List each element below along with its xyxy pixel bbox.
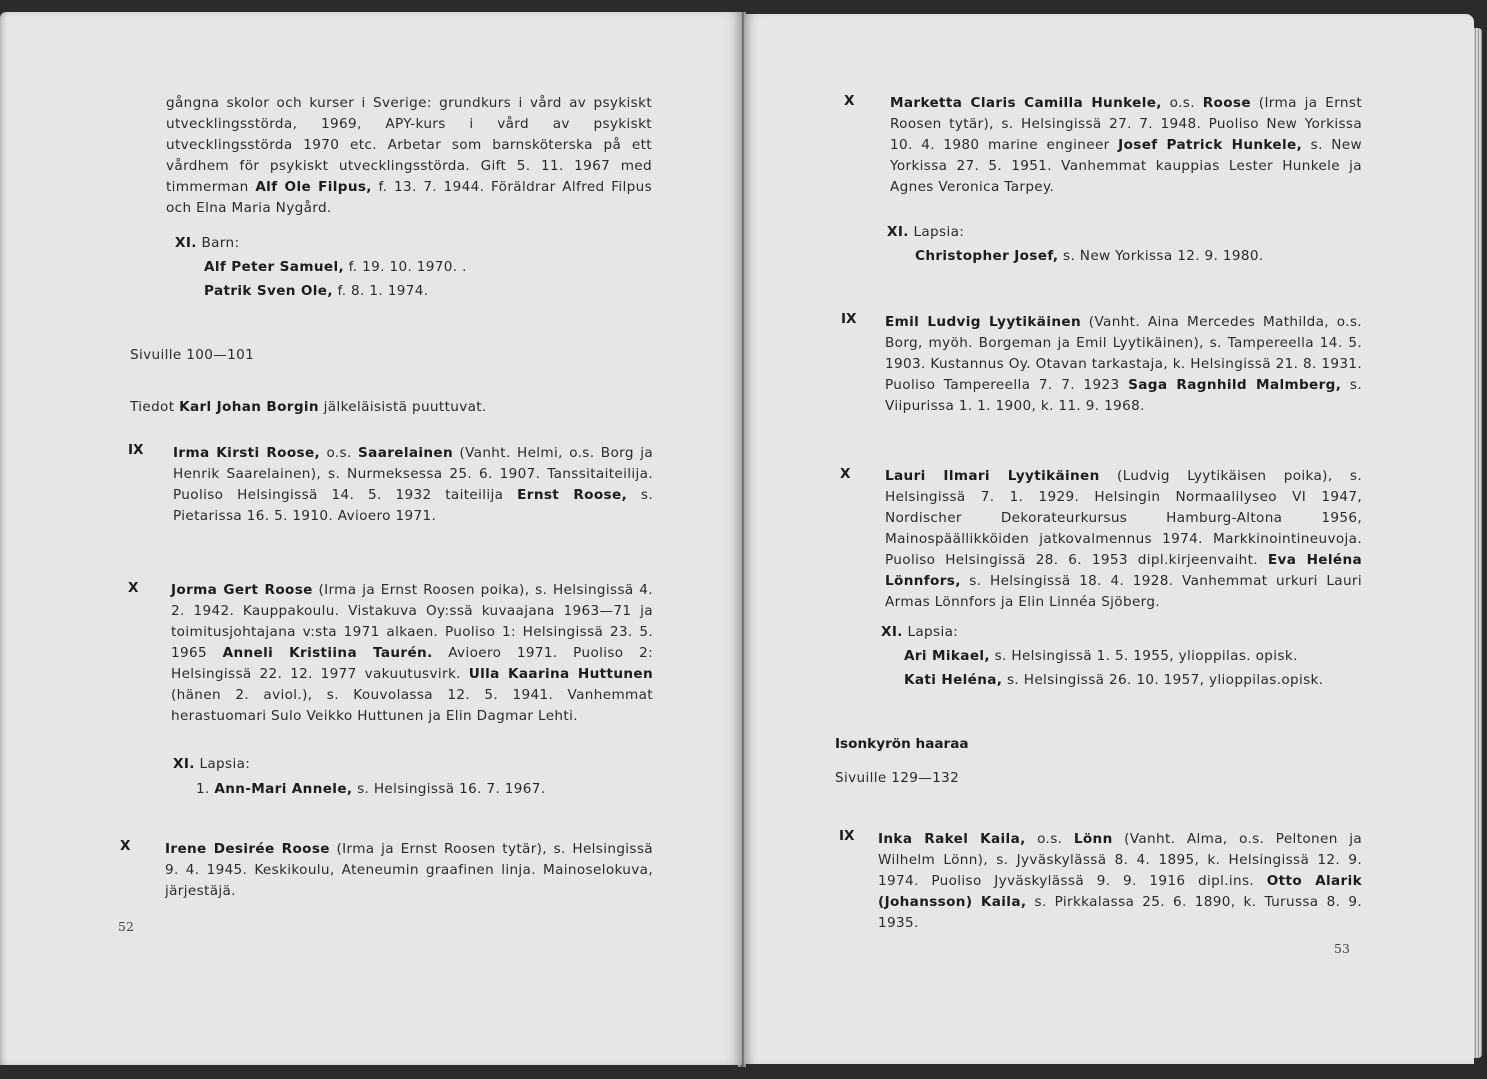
entry-text-run: o.s.: [320, 445, 358, 461]
children-label: XI. Lapsia:: [881, 620, 958, 644]
branch-heading: Isonkyrön haaraa: [835, 736, 969, 752]
entry-irma-roose: Irma Kirsti Roose, o.s. Saarelainen (Van…: [173, 443, 653, 527]
page-number: 53: [1334, 941, 1350, 956]
child-item: Patrik Sven Ole, f. 8. 1. 1974.: [204, 279, 428, 303]
generation-marker: X: [120, 838, 130, 854]
entry-text-run: (hänen 2. aviol.), s. Kouvolassa 12. 5. …: [171, 687, 653, 724]
continuation-paragraph: gångna skolor och kurser i Sverige: grun…: [166, 93, 652, 219]
bold-name: Marketta Claris Camilla Hunkele,: [890, 95, 1162, 111]
bold-name: Jorma Gert Roose: [171, 582, 313, 598]
page-edges: [1474, 28, 1482, 1058]
generation-marker: IX: [841, 311, 857, 327]
bold-name: Ulla Kaarina Huttunen: [469, 666, 653, 682]
children-label: XI. Barn:: [175, 231, 239, 255]
branch-ref: Sivuille 129—132: [835, 770, 959, 786]
child-item: Christopher Josef, s. New Yorkissa 12. 9…: [915, 244, 1264, 268]
child-item: 1. Ann-Mari Annele, s. Helsingissä 16. 7…: [196, 777, 545, 801]
section-ref: Sivuille 100—101: [130, 347, 254, 363]
generation-marker: IX: [839, 828, 855, 844]
generation-marker: IX: [128, 442, 144, 458]
children-label: XI. Lapsia:: [887, 220, 964, 244]
right-page: X Marketta Claris Camilla Hunkele, o.s. …: [744, 14, 1474, 1064]
entry-text-run: o.s.: [1162, 95, 1203, 111]
entry-lauri-lyytikainen: Lauri Ilmari Lyytikäinen (Ludvig Lyytikä…: [885, 466, 1362, 613]
entry-marketta-hunkele: Marketta Claris Camilla Hunkele, o.s. Ro…: [890, 93, 1362, 198]
entry-inka-kaila: Inka Rakel Kaila, o.s. Lönn (Vanht. Alma…: [878, 829, 1362, 934]
bold-name: Anneli Kristiina Taurén.: [223, 645, 433, 661]
bold-name: Irene Desirée Roose: [165, 841, 330, 857]
child-item: Kati Heléna, s. Helsingissä 26. 10. 1957…: [904, 668, 1323, 692]
generation-marker: X: [840, 466, 850, 482]
bold-name: Saarelainen: [358, 445, 453, 461]
entry-emil-lyytikainen: Emil Ludvig Lyytikäinen (Vanht. Aina Mer…: [885, 312, 1362, 417]
bold-name: Emil Ludvig Lyytikäinen: [885, 314, 1081, 330]
children-label: XI. Lapsia:: [173, 752, 250, 776]
note: Tiedot Karl Johan Borgin jälkeläisistä p…: [130, 399, 487, 415]
generation-marker: X: [844, 93, 854, 109]
bold-name: Roose: [1203, 95, 1251, 111]
child-item: Alf Peter Samuel, f. 19. 10. 1970. .: [204, 255, 467, 279]
page-number: 52: [118, 919, 134, 934]
bold-name: Saga Ragnhild Malmberg,: [1128, 377, 1341, 393]
left-page: gångna skolor och kurser i Sverige: grun…: [0, 12, 742, 1065]
entry-jorma-roose: Jorma Gert Roose (Irma ja Ernst Roosen p…: [171, 580, 653, 727]
bold-name: Lönn: [1074, 831, 1113, 847]
bold-name: Irma Kirsti Roose,: [173, 445, 320, 461]
bold-name: Ernst Roose,: [517, 487, 627, 503]
generation-marker: X: [128, 580, 138, 596]
bold-name: Josef Patrick Hunkele,: [1118, 137, 1302, 153]
bold-name: Inka Rakel Kaila,: [878, 831, 1026, 847]
bold-name: Lauri Ilmari Lyytikäinen: [885, 468, 1100, 484]
child-item: Ari Mikael, s. Helsingissä 1. 5. 1955, y…: [904, 644, 1298, 668]
entry-text-run: o.s.: [1026, 831, 1074, 847]
entry-irene-roose: Irene Desirée Roose (Irma ja Ernst Roose…: [165, 839, 653, 902]
